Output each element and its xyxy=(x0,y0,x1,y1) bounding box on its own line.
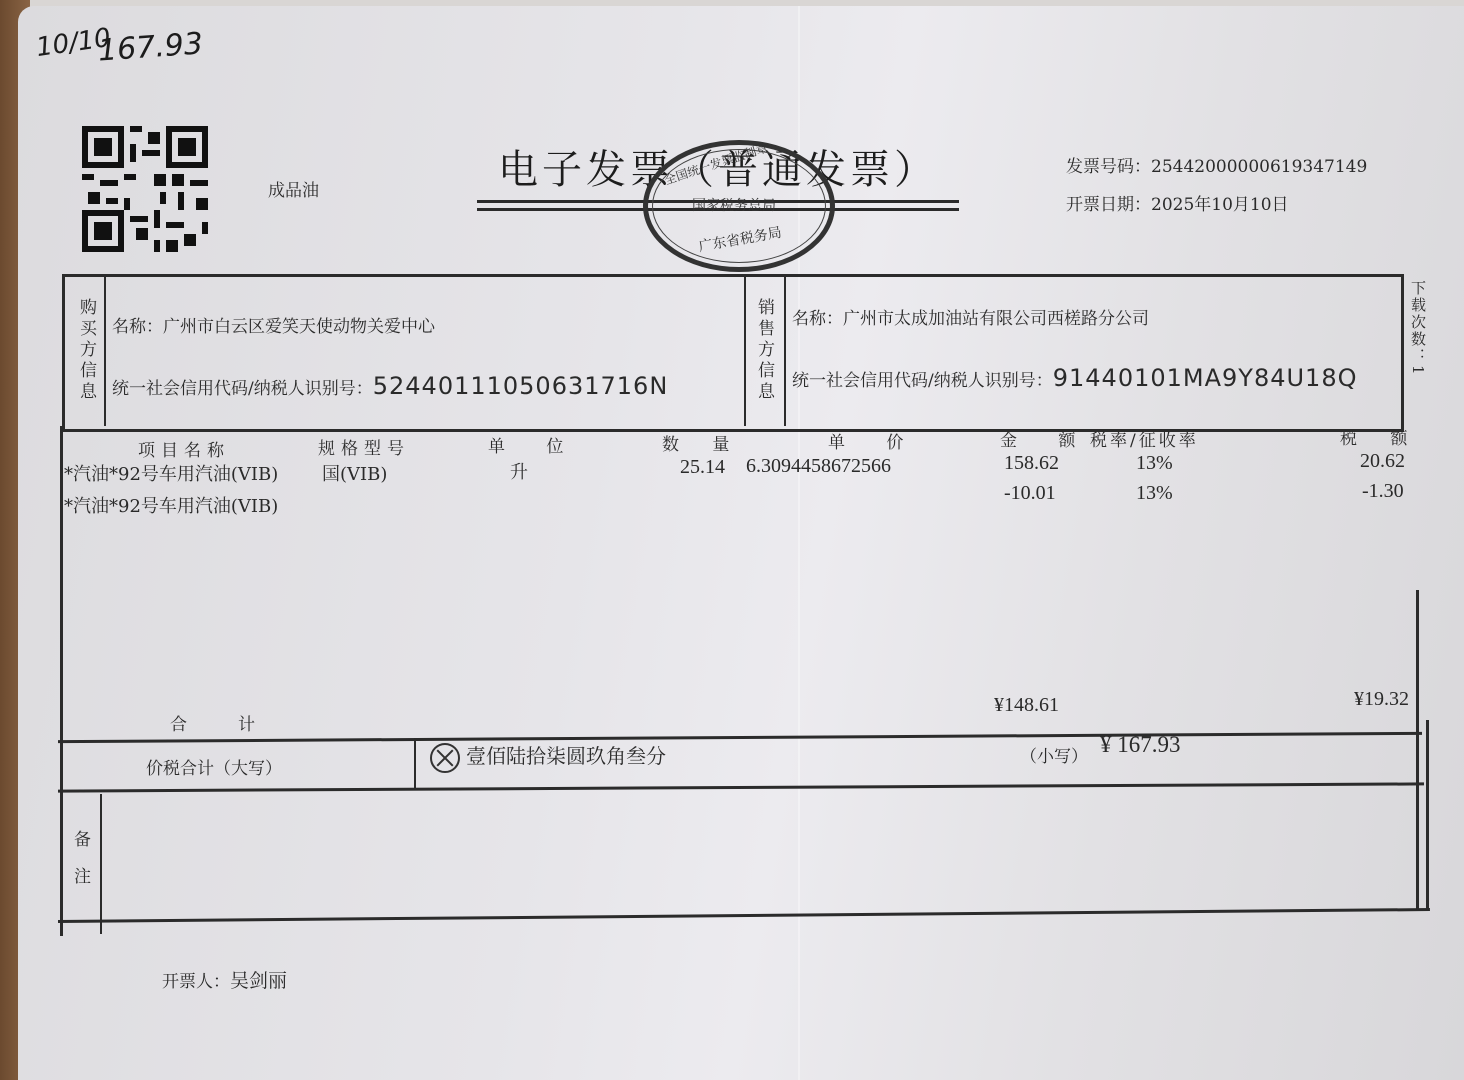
issuer-row: 开票人：吴剑丽 xyxy=(162,966,287,993)
issue-date-row: 开票日期：2025年10月10日 xyxy=(1066,190,1289,215)
buyer-section-label: 购买方信息 xyxy=(74,298,99,403)
remarks-label: 备注 xyxy=(68,830,93,904)
party-info-box xyxy=(62,274,1404,432)
buyer-tax-row: 统一社会信用代码/纳税人识别号：52440111050631716N xyxy=(112,372,668,400)
invoice-number: 25442000000619347149 xyxy=(1151,157,1367,177)
issue-date: 2025年10月10日 xyxy=(1151,195,1289,215)
buyer-name-row: 名称：广州市白云区爱笑天使动物关爱中心 xyxy=(112,312,435,337)
total-label: 合 计 xyxy=(170,710,255,735)
issuer-name: 吴剑丽 xyxy=(230,970,287,992)
grand-total-words-label: 价税合计（大写） xyxy=(146,754,282,779)
invoice-number-label: 发票号码： xyxy=(1066,157,1151,177)
issue-date-label: 开票日期： xyxy=(1066,195,1151,215)
tax-bureau-stamp: 全国统一发票监制章 国家税务总局 广东省税务局 xyxy=(643,140,835,272)
issuer-label: 开票人： xyxy=(162,972,230,992)
grand-total-number: ¥ 167.93 xyxy=(1100,732,1181,758)
seller-tax-id: 91440101MA9Y84U18Q xyxy=(1053,364,1358,392)
seller-section-label: 销售方信息 xyxy=(752,298,777,403)
seller-name: 广州市太成加油站有限公司西槎路分公司 xyxy=(843,309,1149,329)
currency-cross-icon xyxy=(430,743,460,773)
invoice-category: 成品油 xyxy=(268,176,319,201)
total-tax: ¥19.32 xyxy=(1354,688,1409,711)
seller-name-row: 名称：广州市太成加油站有限公司西槎路分公司 xyxy=(792,304,1149,329)
total-amount: ¥148.61 xyxy=(994,694,1059,717)
stamp-middle-text: 国家税务总局 xyxy=(692,195,776,215)
seller-tax-row: 统一社会信用代码/纳税人识别号：91440101MA9Y84U18Q xyxy=(792,364,1357,392)
download-count: 下载次数：1 xyxy=(1408,280,1429,377)
buyer-tax-id: 52440111050631716N xyxy=(373,372,669,400)
qr-code-icon xyxy=(78,126,212,252)
grand-total-words: 壹佰陆拾柒圆玖角叁分 xyxy=(430,740,666,773)
grand-total-small-label: （小写） xyxy=(1020,742,1088,767)
handwritten-amount: 167.93 xyxy=(97,26,204,68)
invoice-number-row: 发票号码：25442000000619347149 xyxy=(1066,152,1367,177)
buyer-name: 广州市白云区爱笑天使动物关爱中心 xyxy=(163,317,435,337)
